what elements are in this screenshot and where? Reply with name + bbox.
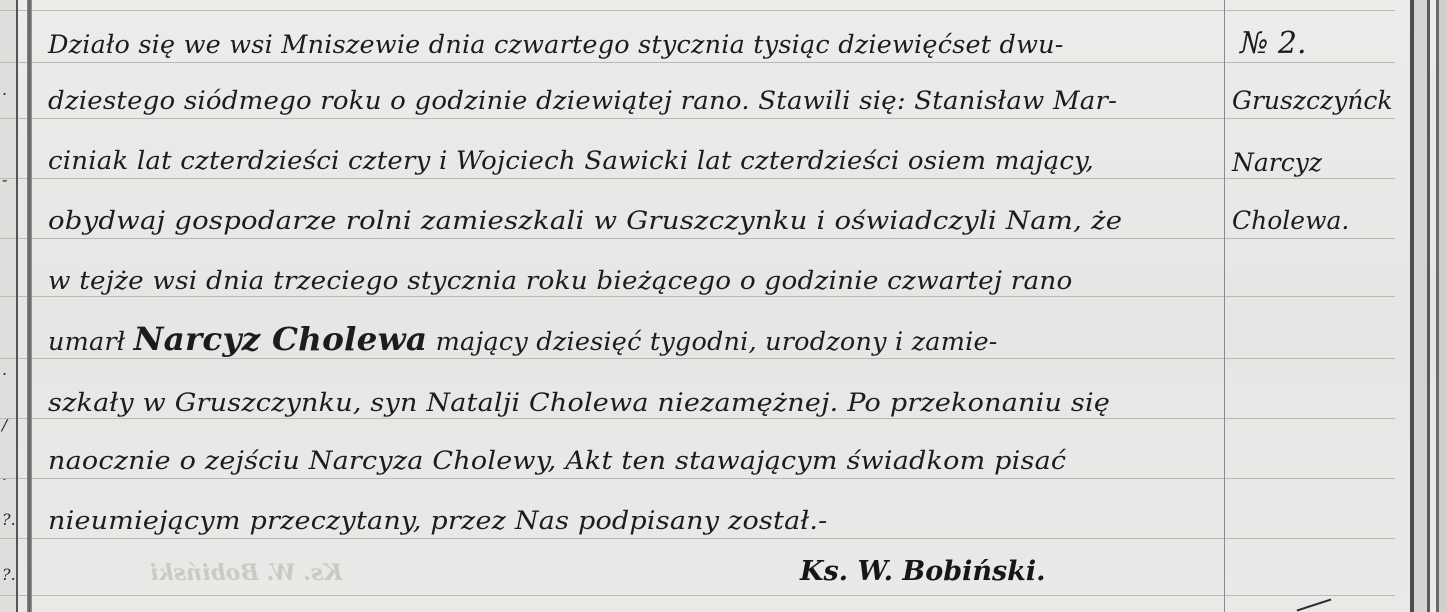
page-border-line xyxy=(16,0,18,612)
margin-rule-double xyxy=(27,0,32,612)
ruled-line xyxy=(0,358,1395,359)
ruled-line xyxy=(0,296,1395,297)
priest-signature: Ks. W. Bobiński. xyxy=(800,556,1046,587)
page-edge xyxy=(1439,0,1447,612)
margin-surname: Cholewa. xyxy=(1232,206,1349,235)
ruled-line xyxy=(0,238,1395,239)
document-page: . - . / . ?. ?. Działo się we wsi Mnisze… xyxy=(0,0,1447,612)
binding-line xyxy=(1410,0,1414,612)
adjacent-page-edge: . - . / . ?. ?. xyxy=(0,0,16,612)
deceased-name: Narcyz Cholewa xyxy=(134,320,428,358)
line-text: mający dziesięć tygodni, urodzony i zami… xyxy=(427,327,997,356)
margin-village: Gruszczyńck xyxy=(1232,86,1393,115)
record-line-7: szkały w Gruszczynku, syn Natalji Cholew… xyxy=(48,388,1110,417)
margin-column-divider xyxy=(1224,0,1225,612)
binding-gutter xyxy=(1414,0,1427,612)
ruled-line xyxy=(0,538,1395,539)
record-number: № 2. xyxy=(1240,26,1307,61)
ruled-line xyxy=(0,418,1395,419)
left-edge-fragment: . xyxy=(2,360,7,379)
record-line-1: Działo się we wsi Mniszewie dnia czwarte… xyxy=(48,30,1064,59)
record-line-4: obydwaj gospodarze rolni zamieszkali w G… xyxy=(48,206,1122,235)
ruled-line xyxy=(0,595,1395,596)
left-edge-fragment: ?. xyxy=(2,510,16,529)
record-line-5: w tejże wsi dnia trzeciego stycznia roku… xyxy=(48,266,1073,295)
left-edge-fragment: ?. xyxy=(2,565,16,584)
record-line-6: umarł Narcyz Cholewa mający dziesięć tyg… xyxy=(48,320,998,358)
left-edge-fragment: . xyxy=(2,465,7,484)
line-text: umarł xyxy=(48,327,134,356)
ruled-line xyxy=(0,178,1395,179)
ruled-line xyxy=(0,118,1395,119)
record-line-9: nieumiejącym przeczytany, przez Nas podp… xyxy=(48,506,827,535)
ruled-line xyxy=(0,62,1395,63)
bleed-through-text: Ks. W. Bobiński xyxy=(150,560,342,586)
left-edge-fragment: - xyxy=(2,170,7,189)
ruled-line xyxy=(0,478,1395,479)
record-line-2: dziestego siódmego roku o godzinie dziew… xyxy=(48,86,1117,115)
ink-stroke-fragment xyxy=(1297,598,1332,611)
margin-given-name: Narcyz xyxy=(1232,148,1322,177)
left-edge-fragment: . xyxy=(2,80,7,99)
record-line-3: ciniak lat czterdzieści cztery i Wojciec… xyxy=(48,146,1094,175)
record-line-8: naocznie o zejściu Narcyza Cholewy, Akt … xyxy=(48,446,1066,475)
ruled-line xyxy=(0,10,1395,11)
binding-line xyxy=(1427,0,1430,612)
